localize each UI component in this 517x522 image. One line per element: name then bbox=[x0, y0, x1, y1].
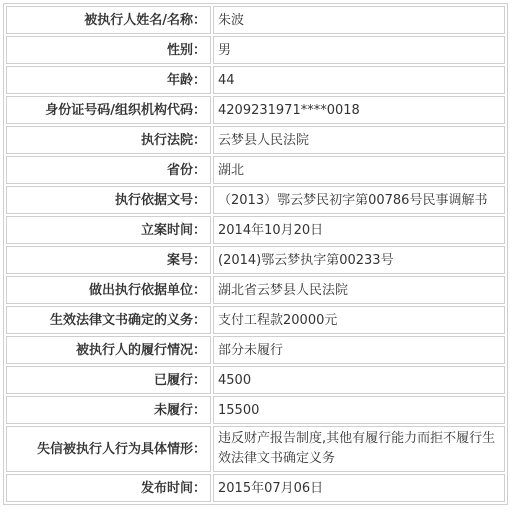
value-gender: 男 bbox=[213, 36, 505, 64]
value-unperformed-amount: 15500 bbox=[213, 396, 505, 424]
value-basis-document-number: （2013）鄂云梦民初字第00786号民事调解书 bbox=[213, 186, 505, 214]
row-name: 被执行人姓名/名称： 朱波 bbox=[6, 6, 505, 34]
row-executing-court: 执行法院： 云梦县人民法院 bbox=[6, 126, 505, 154]
value-dishonest-behavior: 违反财产报告制度,其他有履行能力而拒不履行生效法律文书确定义务 bbox=[213, 426, 505, 472]
label-dishonest-behavior: 失信被执行人行为具体情形： bbox=[6, 426, 211, 472]
row-basis-issuing-unit: 做出执行依据单位： 湖北省云梦县人民法院 bbox=[6, 276, 505, 304]
value-performed-amount: 4500 bbox=[213, 366, 505, 394]
label-publish-date: 发布时间： bbox=[6, 474, 211, 502]
row-gender: 性别： 男 bbox=[6, 36, 505, 64]
label-basis-issuing-unit: 做出执行依据单位： bbox=[6, 276, 211, 304]
row-performance-status: 被执行人的履行情况： 部分未履行 bbox=[6, 336, 505, 364]
value-publish-date: 2015年07月06日 bbox=[213, 474, 505, 502]
value-age: 44 bbox=[213, 66, 505, 94]
row-performed-amount: 已履行： 4500 bbox=[6, 366, 505, 394]
label-case-number: 案号： bbox=[6, 246, 211, 274]
row-case-number: 案号： (2014)鄂云梦执字第00233号 bbox=[6, 246, 505, 274]
row-age: 年龄： 44 bbox=[6, 66, 505, 94]
row-basis-document-number: 执行依据文号： （2013）鄂云梦民初字第00786号民事调解书 bbox=[6, 186, 505, 214]
row-dishonest-behavior: 失信被执行人行为具体情形： 违反财产报告制度,其他有履行能力而拒不履行生效法律文… bbox=[6, 426, 505, 472]
label-unperformed-amount: 未履行： bbox=[6, 396, 211, 424]
value-name: 朱波 bbox=[213, 6, 505, 34]
row-id-number: 身份证号码/组织机构代码： 4209231971****0018 bbox=[6, 96, 505, 124]
dishonest-debtor-info-table: 被执行人姓名/名称： 朱波 性别： 男 年龄： 44 身份证号码/组织机构代码：… bbox=[3, 3, 508, 505]
value-basis-issuing-unit: 湖北省云梦县人民法院 bbox=[213, 276, 505, 304]
value-case-number: (2014)鄂云梦执字第00233号 bbox=[213, 246, 505, 274]
value-province: 湖北 bbox=[213, 156, 505, 184]
value-performance-status: 部分未履行 bbox=[213, 336, 505, 364]
label-performed-amount: 已履行： bbox=[6, 366, 211, 394]
label-province: 省份： bbox=[6, 156, 211, 184]
label-executing-court: 执行法院： bbox=[6, 126, 211, 154]
row-obligation: 生效法律文书确定的义务： 支付工程款20000元 bbox=[6, 306, 505, 334]
value-obligation: 支付工程款20000元 bbox=[213, 306, 505, 334]
value-id-number: 4209231971****0018 bbox=[213, 96, 505, 124]
label-basis-document-number: 执行依据文号： bbox=[6, 186, 211, 214]
value-executing-court: 云梦县人民法院 bbox=[213, 126, 505, 154]
label-id-number: 身份证号码/组织机构代码： bbox=[6, 96, 211, 124]
label-age: 年龄： bbox=[6, 66, 211, 94]
row-filing-date: 立案时间： 2014年10月20日 bbox=[6, 216, 505, 244]
row-publish-date: 发布时间： 2015年07月06日 bbox=[6, 474, 505, 502]
label-filing-date: 立案时间： bbox=[6, 216, 211, 244]
label-performance-status: 被执行人的履行情况： bbox=[6, 336, 211, 364]
label-obligation: 生效法律文书确定的义务： bbox=[6, 306, 211, 334]
row-unperformed-amount: 未履行： 15500 bbox=[6, 396, 505, 424]
row-province: 省份： 湖北 bbox=[6, 156, 505, 184]
label-gender: 性别： bbox=[6, 36, 211, 64]
label-name: 被执行人姓名/名称： bbox=[6, 6, 211, 34]
value-filing-date: 2014年10月20日 bbox=[213, 216, 505, 244]
